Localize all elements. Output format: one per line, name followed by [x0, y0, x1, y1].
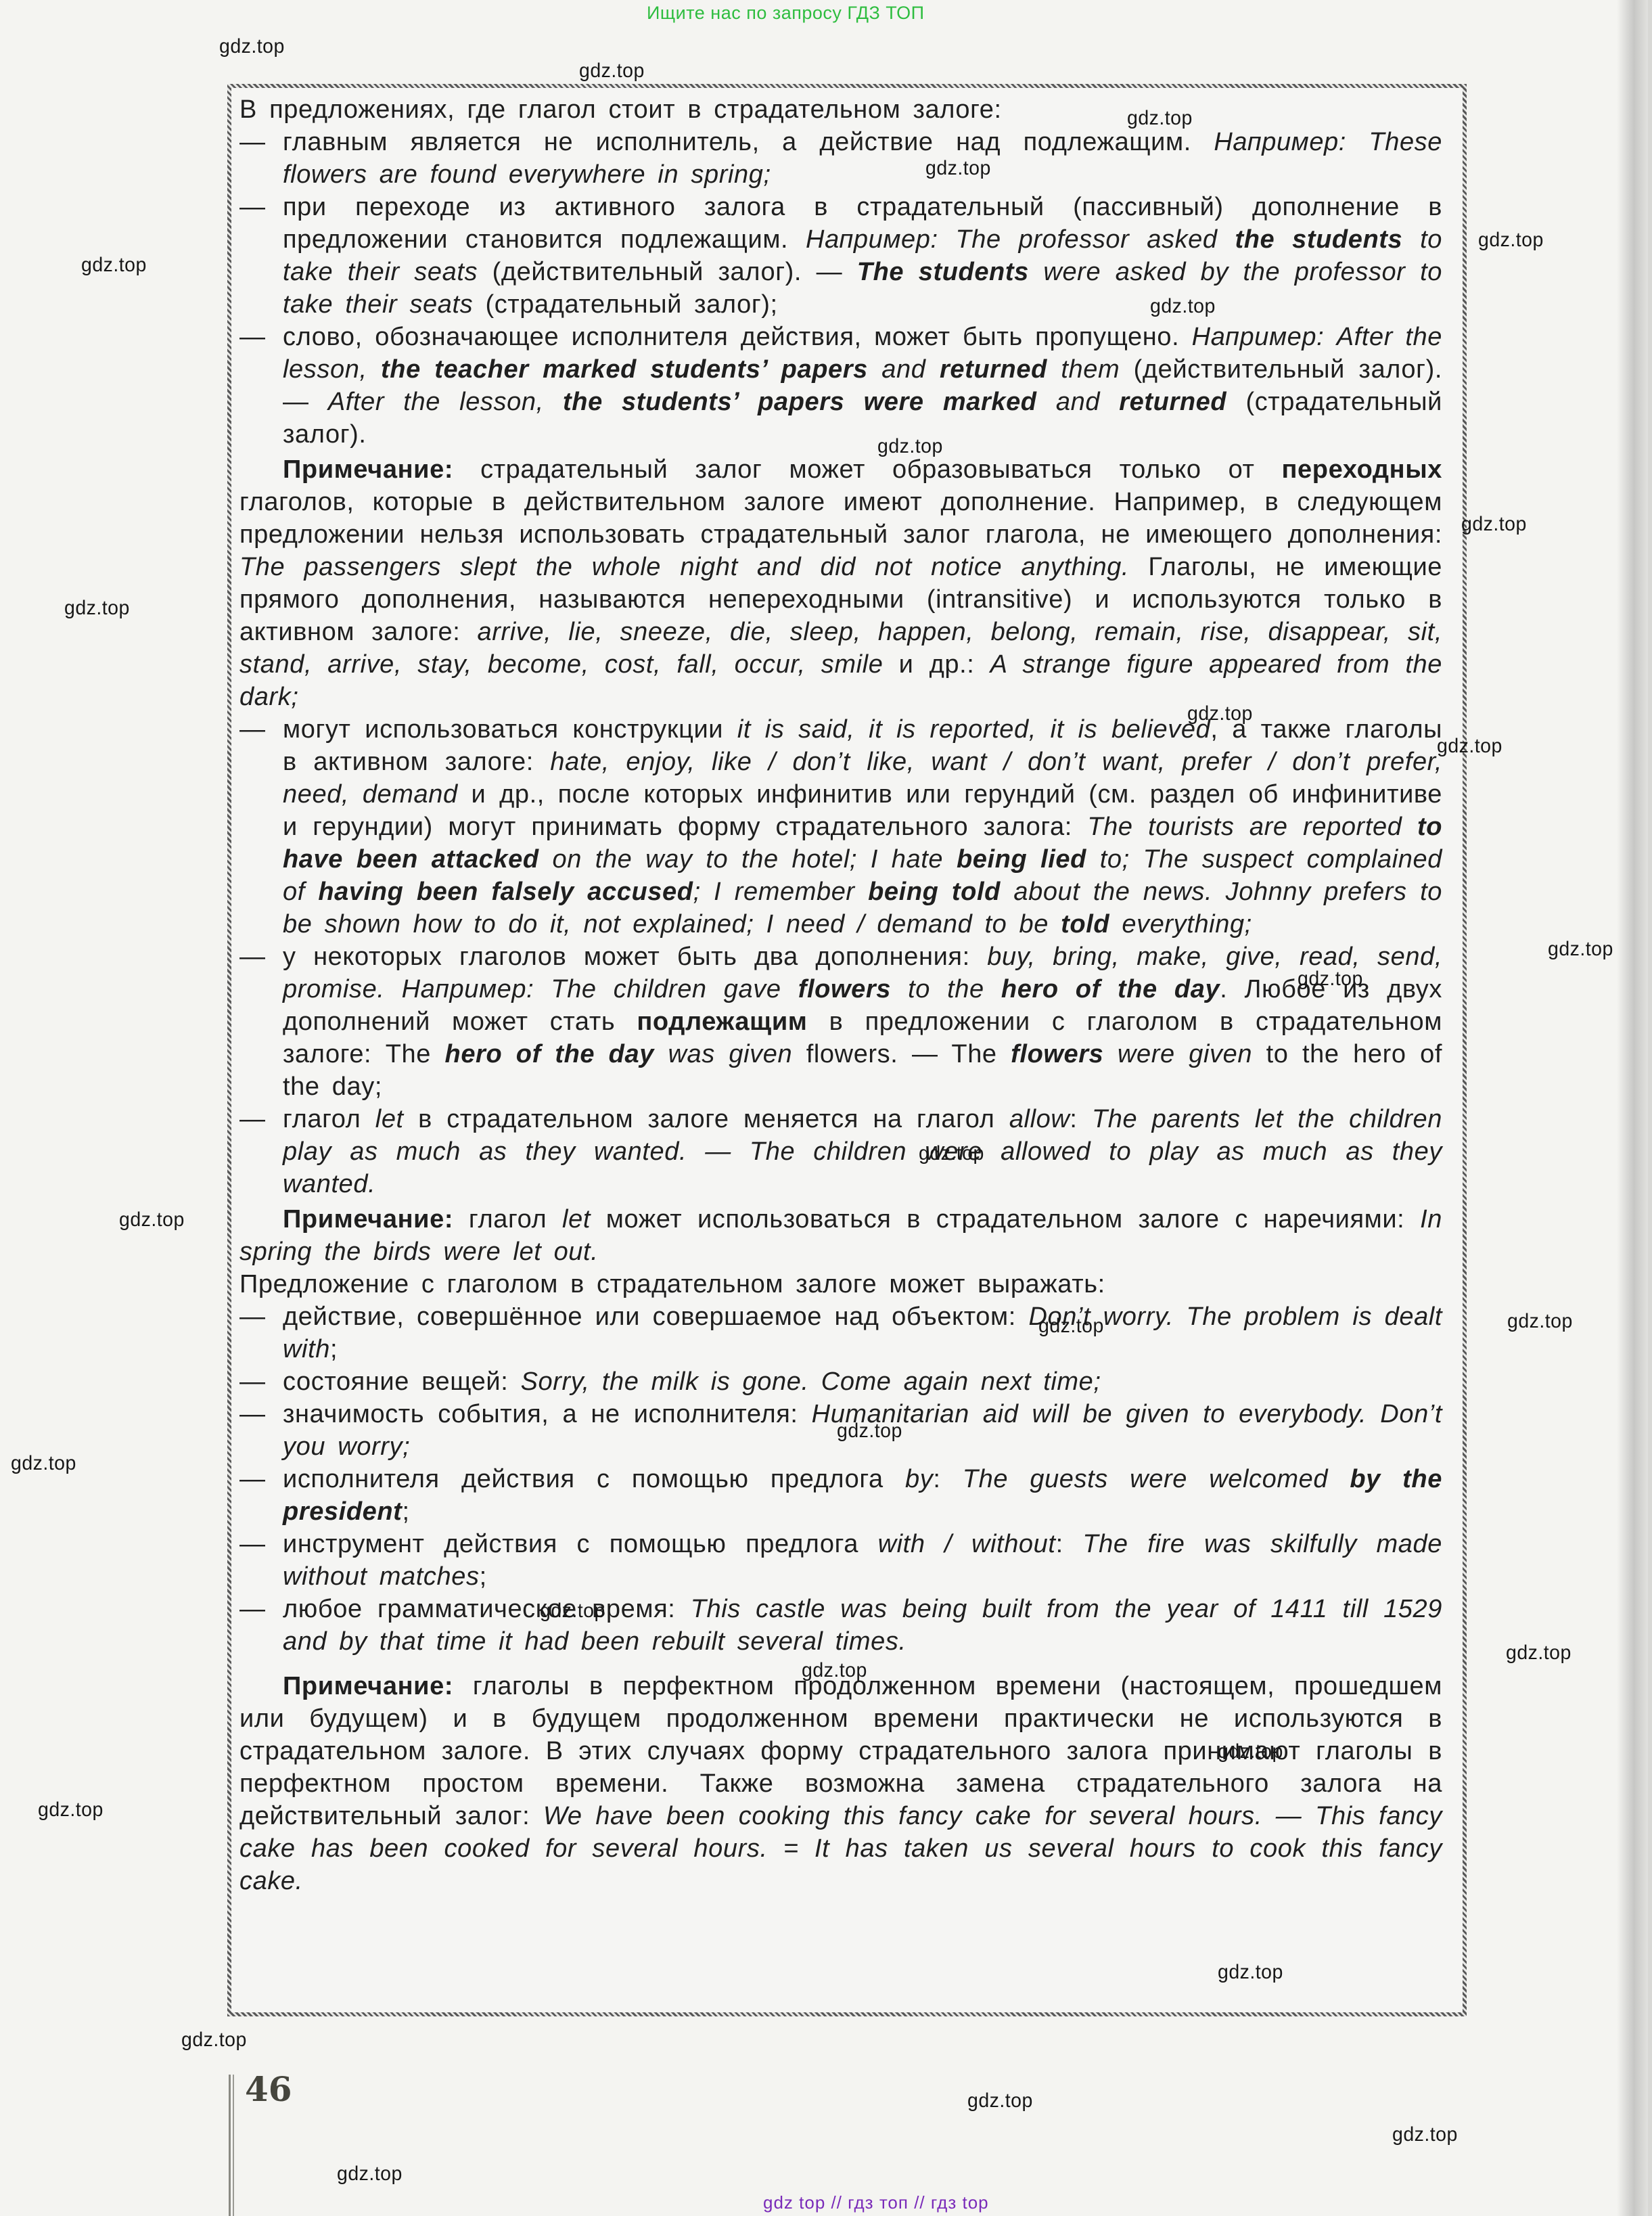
- text-run: The passengers slept the whole night and…: [239, 553, 1129, 581]
- header-search-note: Ищите нас по запросу ГДЗ ТОП: [647, 3, 925, 24]
- watermark-gdz-top: gdz.top: [802, 1659, 867, 1682]
- watermark-gdz-top: gdz.top: [540, 1600, 605, 1623]
- text-run: могут использоваться конструкции: [283, 715, 737, 744]
- watermark-gdz-top: gdz.top: [38, 1799, 104, 1822]
- text-run: and: [868, 355, 940, 384]
- text-run: :: [933, 1465, 962, 1493]
- watermark-gdz-top: gdz.top: [1187, 702, 1253, 725]
- page-sheet: Ищите нас по запросу ГДЗ ТОП В предложен…: [0, 0, 1652, 2216]
- text-run: After the lesson,: [328, 388, 563, 416]
- text-run: Примечание:: [283, 455, 453, 484]
- text-run: любое грамматическое время:: [283, 1595, 691, 1623]
- text-run: on the way to the hotel; I hate: [539, 845, 957, 874]
- text-run: hero of the day: [445, 1040, 654, 1068]
- watermark-gdz-top: gdz.top: [925, 157, 991, 180]
- book-edge-shadow: [1617, 0, 1648, 2216]
- bullet-dash: —: [239, 1593, 283, 1625]
- text-run: flowers. — The: [806, 1040, 1011, 1068]
- text-paragraph: Предложение с глаголом в страдательном з…: [239, 1268, 1442, 1301]
- watermark-gdz-top: gdz.top: [1038, 1315, 1104, 1338]
- text-run: allow: [1009, 1105, 1070, 1133]
- text-run: hero of the day: [1001, 975, 1220, 1003]
- watermark-gdz-top: gdz.top: [1298, 968, 1363, 991]
- text-paragraph: —у некоторых глаголов может быть два доп…: [239, 941, 1442, 1103]
- text-run: flowers: [798, 975, 891, 1003]
- text-run: let: [375, 1105, 404, 1133]
- watermark-gdz-top: gdz.top: [579, 60, 645, 83]
- footer-note: gdz top // гдз топ // гдз top: [763, 2192, 989, 2213]
- watermark-gdz-top: gdz.top: [337, 2163, 403, 2186]
- text-paragraph: —действие, совершённое или совершаемое н…: [239, 1301, 1442, 1365]
- bullet-dash: —: [239, 1103, 283, 1135]
- text-run: страдательный залог может образовываться…: [453, 455, 1281, 484]
- text-paragraph: —любое грамматическое время: This castle…: [239, 1593, 1442, 1658]
- text-run: глагол: [453, 1205, 562, 1234]
- text-run: значимость события, а не исполнителя:: [283, 1400, 812, 1428]
- text-run: переходных: [1282, 455, 1443, 484]
- text-run: (действительный залог). —: [492, 258, 857, 286]
- bullet-dash: —: [239, 941, 283, 973]
- text-run: it is said, it is reported, it is believ…: [737, 715, 1210, 744]
- text-run: with / without: [878, 1530, 1056, 1558]
- text-run: returned: [1119, 388, 1226, 416]
- text-run: them: [1047, 355, 1134, 384]
- text-run: Sorry, the milk is gone. Come again next…: [521, 1367, 1101, 1396]
- page-margin-rule: [229, 2075, 234, 2216]
- bullet-dash: —: [239, 1528, 283, 1560]
- watermark-gdz-top: gdz.top: [1127, 107, 1193, 130]
- watermark-gdz-top: gdz.top: [1392, 2123, 1458, 2146]
- text-run: Примечание:: [283, 1205, 453, 1234]
- text-run: the teacher marked students’ papers: [381, 355, 868, 384]
- watermark-gdz-top: gdz.top: [81, 254, 147, 277]
- text-paragraph: —состояние вещей: Sorry, the milk is gon…: [239, 1365, 1442, 1398]
- book-edge-line: [1648, 0, 1652, 2216]
- watermark-gdz-top: gdz.top: [1548, 938, 1613, 961]
- text-run: told: [1061, 910, 1109, 939]
- text-run: Примечание:: [283, 1672, 453, 1700]
- watermark-gdz-top: gdz.top: [919, 1142, 984, 1165]
- text-run: flowers: [1011, 1040, 1103, 1068]
- bullet-dash: —: [239, 126, 283, 158]
- watermark-gdz-top: gdz.top: [1218, 1961, 1283, 1984]
- bullet-dash: —: [239, 191, 283, 223]
- watermark-gdz-top: gdz.top: [119, 1208, 185, 1231]
- text-run: инструмент действия с помощью предлога: [283, 1530, 878, 1558]
- text-paragraph: —могут использоваться конструкции it is …: [239, 713, 1442, 941]
- text-run: В предложениях, где глагол стоит в страд…: [239, 95, 1002, 124]
- text-run: ;: [330, 1335, 338, 1363]
- watermark-gdz-top: gdz.top: [64, 597, 130, 620]
- text-run: глаголов, которые в действительном залог…: [239, 488, 1442, 549]
- watermark-gdz-top: gdz.top: [877, 435, 943, 458]
- text-paragraph: В предложениях, где глагол стоит в страд…: [239, 93, 1442, 126]
- watermark-gdz-top: gdz.top: [1506, 1642, 1571, 1665]
- page-number: 46: [245, 2069, 292, 2109]
- text-run: действие, совершённое или совершаемое на…: [283, 1303, 1028, 1331]
- watermark-gdz-top: gdz.top: [1437, 735, 1502, 758]
- bullet-dash: —: [239, 1463, 283, 1495]
- text-run: в страдательном залоге меняется на глаго…: [404, 1105, 1009, 1133]
- text-run: (страдательный залог);: [485, 290, 777, 319]
- text-run: глагол: [283, 1105, 375, 1133]
- text-run: главным является не исполнитель, а дейст…: [283, 128, 1214, 156]
- text-run: being told: [868, 878, 1001, 906]
- watermark-gdz-top: gdz.top: [181, 2029, 247, 2052]
- bullet-dash: —: [239, 1365, 283, 1398]
- text-paragraph: —глагол let в страдательном залоге меняе…: [239, 1103, 1442, 1200]
- text-run: Например: The professor asked: [806, 225, 1235, 254]
- text-run: ; I remember: [693, 878, 869, 906]
- text-paragraph: —исполнителя действия с помощью предлога…: [239, 1463, 1442, 1528]
- text-run: слово, обозначающее исполнителя действия…: [283, 323, 1192, 351]
- text-run: подлежащим: [637, 1008, 807, 1036]
- text-run: having been falsely accused: [318, 878, 693, 906]
- bullet-dash: —: [239, 1301, 283, 1333]
- text-paragraph: —инструмент действия с помощью предлога …: [239, 1528, 1442, 1593]
- text-run: у некоторых глаголов может быть два допо…: [283, 943, 987, 971]
- text-run: to the: [891, 975, 1001, 1003]
- scanned-textbook-page: { "page": { "header_note": "Ищите нас по…: [0, 0, 1652, 2216]
- watermark-gdz-top: gdz.top: [219, 35, 285, 58]
- watermark-gdz-top: gdz.top: [967, 2089, 1033, 2112]
- text-run: The students: [857, 258, 1029, 286]
- text-run: :: [1056, 1530, 1083, 1558]
- text-run: может использоваться в страдательном зал…: [591, 1205, 1420, 1234]
- text-run: состояние вещей:: [283, 1367, 521, 1396]
- text-run: The tourists are reported: [1087, 813, 1417, 841]
- text-paragraph: Примечание: страдательный залог может об…: [239, 453, 1442, 713]
- text-run: ;: [480, 1562, 487, 1591]
- text-run: returned: [940, 355, 1047, 384]
- bullet-dash: —: [239, 713, 283, 746]
- watermark-gdz-top: gdz.top: [11, 1452, 76, 1475]
- watermark-gdz-top: gdz.top: [1461, 513, 1527, 536]
- text-run: being lied: [957, 845, 1086, 874]
- text-run: и др.:: [883, 650, 990, 679]
- text-paragraph: —слово, обозначающее исполнителя действи…: [239, 321, 1442, 451]
- text-run: :: [1070, 1105, 1092, 1133]
- text-run: the students: [1235, 225, 1402, 254]
- text-run: The guests were welcomed: [963, 1465, 1350, 1493]
- text-run: and: [1037, 388, 1120, 416]
- text-paragraph: —главным является не исполнитель, а дейс…: [239, 126, 1442, 191]
- watermark-gdz-top: gdz.top: [837, 1420, 902, 1443]
- text-run: the students’ papers were marked: [563, 388, 1037, 416]
- text-paragraph: Примечание: глагол let может использоват…: [239, 1203, 1442, 1268]
- bullet-dash: —: [239, 321, 283, 353]
- text-run: were given: [1103, 1040, 1266, 1068]
- text-run: исполнителя действия с помощью предлога: [283, 1465, 905, 1493]
- text-paragraph: —при переходе из активного залога в стра…: [239, 191, 1442, 321]
- watermark-gdz-top: gdz.top: [1150, 295, 1216, 318]
- text-paragraph: Примечание: глаголы в перфектном продолж…: [239, 1670, 1442, 1897]
- watermark-gdz-top: gdz.top: [1218, 1740, 1283, 1763]
- watermark-gdz-top: gdz.top: [1478, 229, 1544, 252]
- watermark-gdz-top: gdz.top: [1507, 1310, 1573, 1333]
- text-run: let: [562, 1205, 591, 1234]
- text-run: ;: [402, 1497, 409, 1526]
- text-run: was given: [654, 1040, 806, 1068]
- bullet-dash: —: [239, 1398, 283, 1430]
- text-run: everything;: [1109, 910, 1252, 939]
- text-run: Предложение с глаголом в страдательном з…: [239, 1270, 1105, 1298]
- grammar-rules-box: В предложениях, где глагол стоит в страд…: [227, 84, 1467, 2016]
- text-run: by: [905, 1465, 933, 1493]
